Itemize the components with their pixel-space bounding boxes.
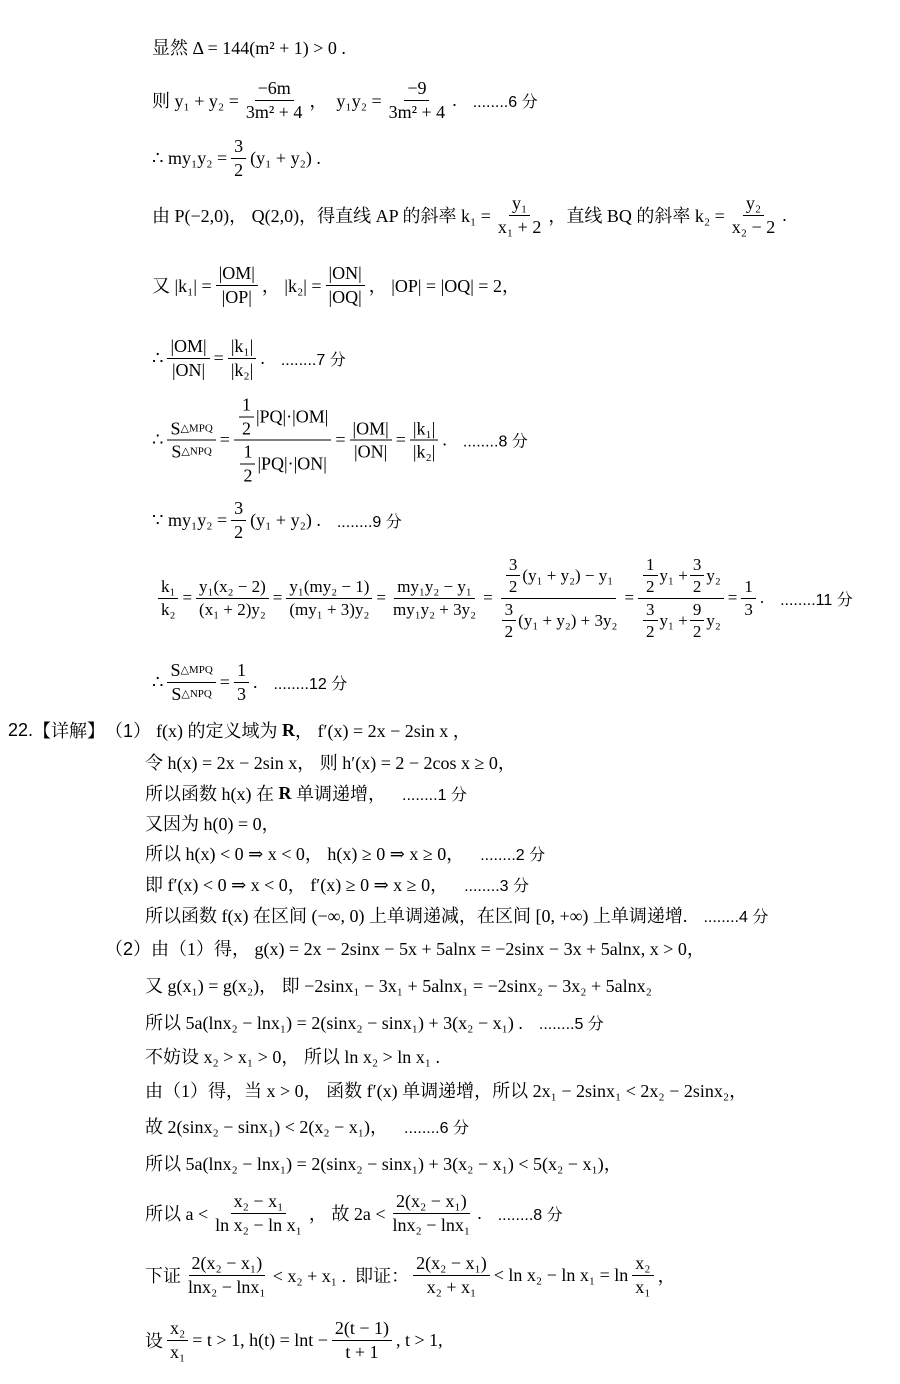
score-mark: ........5 分 <box>539 1011 604 1034</box>
because-right: (y₁ + y₂) . <box>250 510 321 531</box>
denominator: 3 2 (y₁ + y₂) + 3y₂ <box>497 599 621 643</box>
area-num-rest: |PQ|·|OM| <box>256 405 328 428</box>
fraction-step-3: y₁(my₂ − 1) (my₁ + 3)y₂ <box>286 576 372 620</box>
equals: = <box>182 588 192 608</box>
score-mark: ........4 分 <box>703 904 768 927</box>
numerator: |k₁| <box>410 417 438 441</box>
t-domain: , t > 1, <box>396 1330 443 1351</box>
period: . <box>442 430 447 451</box>
fraction-one-third: 1 3 <box>741 576 756 620</box>
fraction-three-halves: 3 2 <box>231 497 246 543</box>
numerator: S△MPQ <box>167 659 215 683</box>
denominator: 2 <box>690 621 705 642</box>
numerator: 2(x₂ − x₁) <box>393 1190 470 1214</box>
numerator: |OM| <box>216 262 258 286</box>
fraction-k2: y₂ x₂ − 2 <box>729 192 778 238</box>
denominator: |k₂| <box>410 441 438 464</box>
equals: = <box>728 588 738 608</box>
denominator: 3 2 y₁ + 9 2 y₂ <box>638 599 724 643</box>
equals: = <box>396 430 406 451</box>
fraction-step-2: y₁(x₂ − 2) (x₁ + 2)y₂ <box>196 576 269 620</box>
h-increasing-text-end: 单调递增， <box>292 780 387 806</box>
line-define-h: 令 h(x) = 2x − 2sin x， 则 h′(x) = 2 − 2cos… <box>145 749 516 775</box>
equals: = <box>335 430 345 451</box>
line-slope-ratio-derivation: k₁ k₂ = y₁(x₂ − 2) (x₁ + 2)y₂ = y₁(my₂ −… <box>154 554 853 642</box>
equals: = <box>220 430 230 451</box>
numerator: |k₁| <box>228 335 256 359</box>
area-den-rest: |PQ|·|ON| <box>257 452 326 475</box>
numerator: 3 <box>231 497 246 521</box>
numerator: y₁(x₂ − 2) <box>196 576 269 598</box>
denominator: lnx₂ − lnx₁ <box>390 1214 474 1237</box>
discriminant-text: 显然 Δ = 144(m² + 1) > 0 . <box>152 34 346 60</box>
op-oq-equal: ， |OP| = |OQ| = 2， <box>369 272 520 298</box>
line-prove: 下证 2(x₂ − x₁) lnx₂ − lnx₁ < x₂ + x₁ . 即证… <box>145 1252 676 1298</box>
denominator: k₂ <box>158 599 178 620</box>
denominator: 3m² + 4 <box>243 101 306 124</box>
line-g-equal: 又 g(x₁) = g(x₂)， 即 −2sinx₁ − 3x₁ + 5alnx… <box>145 972 652 998</box>
fraction-k1: y₁ x₁ + 2 <box>495 192 544 238</box>
fprime-sign-text: 即 f′(x) < 0 ⇒ x < 0， f′(x) ≥ 0 ⇒ x ≥ 0， <box>145 871 448 897</box>
h-sign-text: 所以 h(x) < 0 ⇒ x < 0， h(x) ≥ 0 ⇒ x ≥ 0， <box>145 840 464 866</box>
equals: = <box>220 672 230 693</box>
part-label: （2） <box>105 935 151 961</box>
denominator: 2 <box>231 159 246 182</box>
period: . <box>452 90 457 111</box>
denominator: ln x₂ − ln x₁ <box>212 1214 305 1237</box>
score-mark: ........3 分 <box>464 873 529 896</box>
numerator: |ON| <box>326 262 365 286</box>
line-f-increasing: 由（1）得，当 x > 0， 函数 f′(x) 单调递增，所以 2x₁ − 2s… <box>145 1077 747 1103</box>
prove-middle: < x₂ + x₁ . 即证： <box>273 1262 409 1288</box>
fraction-prove-left: 2(x₂ − x₁) lnx₂ − lnx₁ <box>185 1252 269 1298</box>
period: . <box>782 205 787 226</box>
line-monotonicity: 所以函数 f(x) 在区间 (−∞, 0) 上单调递减，在区间 [0, +∞) … <box>145 902 768 928</box>
numerator: 1 <box>234 659 249 683</box>
denominator: 2 <box>231 521 246 544</box>
fraction-sum: −6m 3m² + 4 <box>243 77 306 123</box>
denominator: 3 <box>234 683 249 706</box>
fraction-three-halves: 3 2 <box>506 554 521 598</box>
numerator: 2(x₂ − x₁) <box>413 1252 490 1276</box>
sum-label: 则 y₁ + y₂ = <box>152 87 239 113</box>
slopes-text-a: 由 P(−2,0)， Q(2,0)，得直线 AP 的斜率 k₁ = <box>152 202 491 228</box>
fraction-half: 1 2 <box>239 394 254 440</box>
area-symbol: S <box>170 417 180 440</box>
fraction-area-ratio: S△MPQ S△NPQ <box>167 659 215 705</box>
denominator: 2 <box>643 576 658 597</box>
denominator: |OQ| <box>326 286 365 309</box>
prove-label: 下证 <box>145 1262 181 1288</box>
numerator: 1 <box>239 394 254 418</box>
relation-left: ∴ my₁y₂ = <box>152 148 227 169</box>
denominator: x₂ − 2 <box>729 216 778 239</box>
numerator: −6m <box>255 77 294 101</box>
fraction-step-5: 3 2 (y₁ + y₂) − y₁ 3 2 (y₁ + y₂) + 3y₂ <box>497 554 621 642</box>
2a-bound-label: ， 故 2a < <box>309 1200 386 1226</box>
denominator: x₁ <box>167 1341 188 1364</box>
numerator: 1 <box>741 576 756 598</box>
area-symbol: S <box>171 441 181 464</box>
domain-text: f(x) 的定义域为 <box>156 717 282 743</box>
term: y₁ + <box>660 565 688 586</box>
therefore-symbol: ∴ <box>152 430 163 451</box>
denominator: |ON| <box>351 441 390 464</box>
fraction-area-formula: 1 2 |PQ|·|OM| 1 2 |PQ|·|ON| <box>234 394 331 487</box>
period: . <box>760 588 764 608</box>
line-substitution: 设 x₂ x₁ = t > 1, h(t) = lnt − 2(t − 1) t… <box>145 1317 443 1363</box>
term: y₂ <box>706 610 720 631</box>
denominator: (my₁ + 3)y₂ <box>286 599 372 620</box>
5a-inequality-text: 所以 5a(lnx₂ − lnx₁) = 2(sinx₂ − sinx₁) + … <box>145 1150 622 1176</box>
denominator: 2 <box>690 576 705 597</box>
numerator: y₂ <box>743 192 764 216</box>
line-relation: ∴ my₁y₂ = 3 2 (y₁ + y₂) . <box>152 135 321 181</box>
fraction-on-oq: |ON| |OQ| <box>326 262 365 308</box>
denominator: x₂ + x₁ <box>424 1276 480 1299</box>
fraction-2a-bound: 2(x₂ − x₁) lnx₂ − lnx₁ <box>390 1190 474 1236</box>
period: . <box>477 1203 482 1224</box>
numerator: |OM| <box>350 417 392 441</box>
numerator: 9 <box>690 599 705 621</box>
a-bound-label: 所以 a < <box>145 1200 208 1226</box>
fraction-om-on: |OM| |ON| <box>167 335 209 381</box>
denominator: t + 1 <box>342 1341 381 1364</box>
score-mark: ........7 分 <box>281 347 346 370</box>
step-5-num-rest: (y₁ + y₂) − y₁ <box>522 565 613 586</box>
score-mark: ........2 分 <box>480 842 545 865</box>
denominator: 1 2 |PQ|·|ON| <box>235 441 329 487</box>
score-mark: ........8 分 <box>498 1202 563 1225</box>
monotonicity-text: 所以函数 f(x) 在区间 (−∞, 0) 上单调递减，在区间 [0, +∞) … <box>145 902 687 928</box>
h-increasing-text: 所以函数 h(x) 在 <box>145 780 279 806</box>
line-h-increasing: 所以函数 h(x) 在 R 单调递增， ........1 分 <box>145 780 467 806</box>
line-h-zero: 又因为 h(0) = 0， <box>145 810 280 836</box>
numerator: S△MPQ <box>167 417 215 441</box>
equals: = <box>214 348 224 369</box>
score-mark: ........1 分 <box>402 782 467 805</box>
fraction-step-4: my₁y₂ − y₁ my₁y₂ + 3y₂ <box>390 576 479 620</box>
step-5-den-rest: (y₁ + y₂) + 3y₂ <box>518 610 617 631</box>
coefficient-fraction: 9 2 <box>690 599 705 643</box>
fraction-k1-k2: |k₁| |k₂| <box>228 335 256 381</box>
g-definition-text: 由（1）得， g(x) = 2x − 2sinx − 5x + 5alnx = … <box>151 935 705 961</box>
part-label: （1） <box>105 717 151 743</box>
score-mark: ........6 分 <box>404 1115 469 1138</box>
assume-order-text: 不妨设 x₂ > x₁ > 0， 所以 ln x₂ > ln x₁ . <box>145 1043 440 1069</box>
fraction-product: −9 3m² + 4 <box>386 77 449 123</box>
score-mark: ........12 分 <box>273 671 347 694</box>
f-increasing-text: 由（1）得，当 x > 0， 函数 f′(x) 单调递增，所以 2x₁ − 2s… <box>145 1077 747 1103</box>
equals: = <box>273 588 283 608</box>
numerator: 1 2 y₁ + 3 2 y₂ <box>638 554 724 599</box>
denominator: 2 <box>502 621 517 642</box>
score-mark: ........9 分 <box>337 509 402 532</box>
line-fprime-sign: 即 f′(x) < 0 ⇒ x < 0， f′(x) ≥ 0 ⇒ x ≥ 0， … <box>145 871 529 897</box>
numerator: 2(x₂ − x₁) <box>189 1252 266 1276</box>
sin-inequality-text: 故 2(sinx₂ − sinx₁) < 2(x₂ − x₁)， <box>145 1113 388 1139</box>
fraction-a-bound: x₂ − x₁ ln x₂ − ln x₁ <box>212 1190 305 1236</box>
numerator: 3 <box>690 554 705 576</box>
numerator: 3 <box>506 554 521 576</box>
area-symbol: S <box>171 683 181 706</box>
because-left: ∵ my₁y₂ = <box>152 510 227 531</box>
period: . <box>260 348 265 369</box>
let-label: 设 <box>145 1327 163 1353</box>
solution-tag: 【详解】 <box>33 717 105 743</box>
denominator: 2 <box>643 621 658 642</box>
question-number: 22. <box>8 720 33 741</box>
numerator: 2(t − 1) <box>332 1317 392 1341</box>
line-5a-inequality: 所以 5a(lnx₂ − lnx₁) = 2(sinx₂ − sinx₁) + … <box>145 1150 622 1176</box>
numerator: 3 <box>643 599 658 621</box>
period: . <box>253 672 258 693</box>
reals-symbol: R <box>279 783 292 804</box>
numerator: y₁(my₂ − 1) <box>286 576 372 598</box>
numerator: −9 <box>404 77 429 101</box>
line-because-relation: ∵ my₁y₂ = 3 2 (y₁ + y₂) . ........9 分 <box>152 497 402 543</box>
line-area-ratio: ∴ S△MPQ S△NPQ = 1 2 |PQ|·|OM| 1 2 |PQ|·|… <box>152 394 528 487</box>
score-mark: ........6 分 <box>473 89 538 112</box>
fraction-om-op: |OM| |OP| <box>216 262 258 308</box>
score-mark: ........11 分 <box>780 587 853 610</box>
numerator: 3 <box>502 599 517 621</box>
fraction-area-ratio: S△MPQ S△NPQ <box>167 417 215 463</box>
reals-symbol: R <box>282 720 295 741</box>
comma: ， <box>658 1262 676 1288</box>
fraction-om-on: |OM| |ON| <box>350 417 392 463</box>
denominator: |OP| <box>219 286 255 309</box>
line-sin-inequality: 故 2(sinx₂ − sinx₁) < 2(x₂ − x₁)， .......… <box>145 1113 469 1139</box>
line-slopes: 由 P(−2,0)， Q(2,0)，得直线 AP 的斜率 k₁ = y₁ x₁ … <box>152 192 787 238</box>
numerator: 3 2 (y₁ + y₂) − y₁ <box>501 554 616 599</box>
line-area-result: ∴ S△MPQ S△NPQ = 1 3 . ........12 分 <box>152 659 347 705</box>
denominator: S△NPQ <box>168 441 214 464</box>
numerator: x₂ − x₁ <box>231 1190 287 1214</box>
term: y₂ <box>706 565 720 586</box>
denominator: lnx₂ − lnx₁ <box>185 1276 269 1299</box>
score-mark: ........8 分 <box>463 429 528 452</box>
line-assume-order: 不妨设 x₂ > x₁ > 0， 所以 ln x₂ > ln x₁ . <box>145 1043 440 1069</box>
h-zero-text: 又因为 h(0) = 0， <box>145 810 280 836</box>
line-om-on-ratio: ∴ |OM| |ON| = |k₁| |k₂| . ........7 分 <box>152 335 346 381</box>
denominator: 3m² + 4 <box>386 101 449 124</box>
denominator: x₁ + 2 <box>495 216 544 239</box>
abs-k2-label: ， |k₂| = <box>262 272 322 298</box>
fraction-three-halves: 3 2 <box>502 599 517 643</box>
denominator: 2 <box>239 417 254 440</box>
numerator: 1 <box>643 554 658 576</box>
equals: = <box>376 588 386 608</box>
therefore-symbol: ∴ <box>152 348 163 369</box>
term: y₁ + <box>660 610 688 631</box>
line-discriminant: 显然 Δ = 144(m² + 1) > 0 . <box>152 34 346 60</box>
slopes-text-b: ，直线 BQ 的斜率 k₂ = <box>548 202 724 228</box>
therefore-symbol: ∴ <box>152 672 163 693</box>
5a-equation-text: 所以 5a(lnx₂ − lnx₁) = 2(sinx₂ − sinx₁) + … <box>145 1009 523 1035</box>
denominator: 3 <box>741 599 756 620</box>
fraction-x2-x1: x₂ x₁ <box>632 1252 653 1298</box>
derivative-text: ， f′(x) = 2x − 2sin x ， <box>295 717 471 743</box>
abs-k1-label: 又 |k₁| = <box>152 272 212 298</box>
numerator: |OM| <box>167 335 209 359</box>
fraction-step-6: 1 2 y₁ + 3 2 y₂ 3 2 y₁ + 9 2 y₂ <box>638 554 724 642</box>
line-q22-header: 22. 【详解】 （1） f(x) 的定义域为 R ， f′(x) = 2x −… <box>8 717 471 743</box>
prove-ln-text: < ln x₂ − ln x₁ = ln <box>494 1265 629 1286</box>
line-part2-g: （2） 由（1）得， g(x) = 2x − 2sinx − 5x + 5aln… <box>105 935 705 961</box>
line-h-sign: 所以 h(x) < 0 ⇒ x < 0， h(x) ≥ 0 ⇒ x ≥ 0， .… <box>145 840 545 866</box>
fraction-half: 1 2 <box>240 441 255 487</box>
fraction-h-t: 2(t − 1) t + 1 <box>332 1317 392 1363</box>
fraction-x2-x1: x₂ x₁ <box>167 1317 188 1363</box>
numerator: x₂ <box>167 1317 188 1341</box>
fraction-one-third: 1 3 <box>234 659 249 705</box>
product-label: ， y₁y₂ = <box>309 87 381 113</box>
coefficient-fraction: 3 2 <box>643 599 658 643</box>
fraction-three-halves: 3 2 <box>231 135 246 181</box>
line-vieta: 则 y₁ + y₂ = −6m 3m² + 4 ， y₁y₂ = −9 3m² … <box>152 77 538 123</box>
numerator: x₂ <box>632 1252 653 1276</box>
relation-right: (y₁ + y₂) . <box>250 148 321 169</box>
fraction-k1-k2: k₁ k₂ <box>158 576 178 620</box>
coefficient-fraction: 3 2 <box>690 554 705 598</box>
denominator: |k₂| <box>228 359 256 382</box>
denominator: my₁y₂ + 3y₂ <box>390 599 479 620</box>
equals: = <box>483 588 493 608</box>
line-abs-slopes: 又 |k₁| = |OM| |OP| ， |k₂| = |ON| |OQ| ， … <box>152 262 520 308</box>
fraction-k1-k2: |k₁| |k₂| <box>410 417 438 463</box>
define-h-text: 令 h(x) = 2x − 2sin x， 则 h′(x) = 2 − 2cos… <box>145 749 516 775</box>
denominator: 2 <box>240 464 255 487</box>
g-equal-text: 又 g(x₁) = g(x₂)， 即 −2sinx₁ − 3x₁ + 5alnx… <box>145 972 652 998</box>
line-5a-equation: 所以 5a(lnx₂ − lnx₁) = 2(sinx₂ − sinx₁) + … <box>145 1009 604 1035</box>
denominator: x₁ <box>632 1276 653 1299</box>
numerator: 3 <box>231 135 246 159</box>
coefficient-fraction: 1 2 <box>643 554 658 598</box>
numerator: k₁ <box>158 576 178 598</box>
line-a-bound: 所以 a < x₂ − x₁ ln x₂ − ln x₁ ， 故 2a < 2(… <box>145 1190 563 1236</box>
numerator: my₁y₂ − y₁ <box>394 576 475 598</box>
numerator: 1 2 |PQ|·|OM| <box>234 394 331 441</box>
denominator: |ON| <box>169 359 208 382</box>
denominator: S△NPQ <box>168 683 214 706</box>
fraction-equivalent-left: 2(x₂ − x₁) x₂ + x₁ <box>413 1252 490 1298</box>
equals: = <box>624 588 634 608</box>
numerator: 1 <box>240 441 255 465</box>
h-t-definition: = t > 1, h(t) = lnt − <box>192 1330 328 1351</box>
denominator: 2 <box>506 576 521 597</box>
numerator: y₁ <box>509 192 530 216</box>
denominator: (x₁ + 2)y₂ <box>196 599 269 620</box>
area-symbol: S <box>170 659 180 682</box>
